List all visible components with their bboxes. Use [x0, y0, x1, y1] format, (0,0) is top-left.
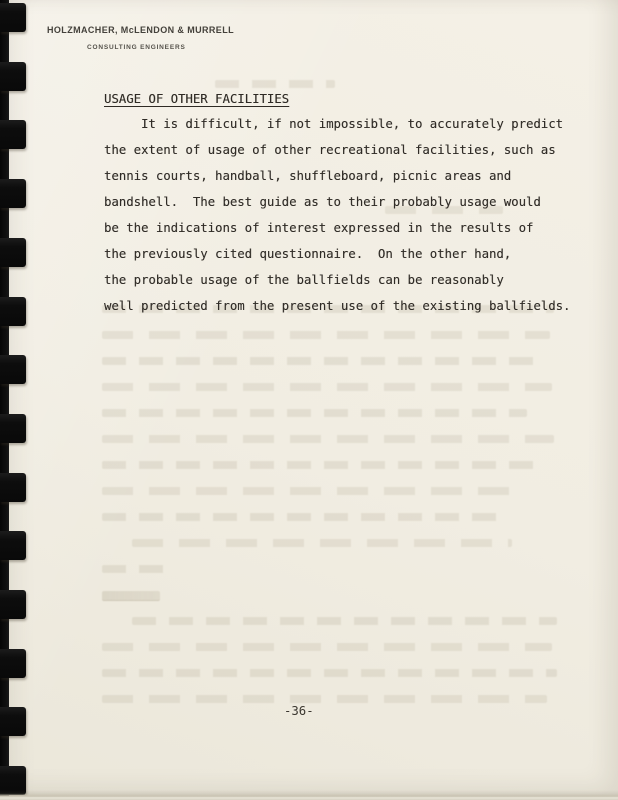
bleedthrough-line: [102, 591, 160, 601]
body-paragraph: It is difficult, if not impossible, to a…: [104, 111, 570, 319]
bleedthrough-line: [102, 565, 164, 573]
binding-tooth: [0, 120, 26, 149]
section-heading: USAGE OF OTHER FACILITIES: [104, 91, 289, 107]
bleedthrough-line: [102, 357, 540, 365]
binding-tooth: [0, 355, 26, 384]
bleedthrough-line: [102, 669, 557, 677]
page-number: -36-: [284, 704, 314, 718]
letterhead-company: HOLZMACHER, McLENDON & MURRELL: [47, 25, 234, 35]
bleedthrough-line: [102, 435, 554, 443]
bleedthrough-line: [102, 695, 547, 703]
binding-tooth: [0, 62, 26, 91]
binding-tooth: [0, 238, 26, 267]
bleedthrough-line: [102, 461, 544, 469]
bleedthrough-line: [102, 409, 527, 417]
binding-tooth: [0, 414, 26, 443]
bleedthrough-line: [102, 487, 517, 495]
bleedthrough-line: [102, 513, 500, 521]
binding-tooth: [0, 297, 26, 326]
binding-tooth: [0, 179, 26, 208]
binding-tooth: [0, 590, 26, 619]
binding-tooth: [0, 3, 26, 32]
bleedthrough-line: [102, 331, 550, 339]
bleedthrough-line: [132, 617, 557, 625]
binding-tooth: [0, 473, 26, 502]
bleedthrough-line: [102, 643, 552, 651]
binding-tooth: [0, 649, 26, 678]
letterhead-subtitle: CONSULTING ENGINEERS: [87, 44, 186, 51]
bleedthrough-line: [132, 539, 512, 547]
bleedthrough-line: [102, 383, 552, 391]
page-bottom-edge: [0, 790, 618, 800]
scanned-page: HOLZMACHER, McLENDON & MURRELL CONSULTIN…: [0, 0, 618, 800]
binding-tooth: [0, 531, 26, 560]
bleedthrough-line: [215, 80, 335, 88]
binding-tooth: [0, 707, 26, 736]
